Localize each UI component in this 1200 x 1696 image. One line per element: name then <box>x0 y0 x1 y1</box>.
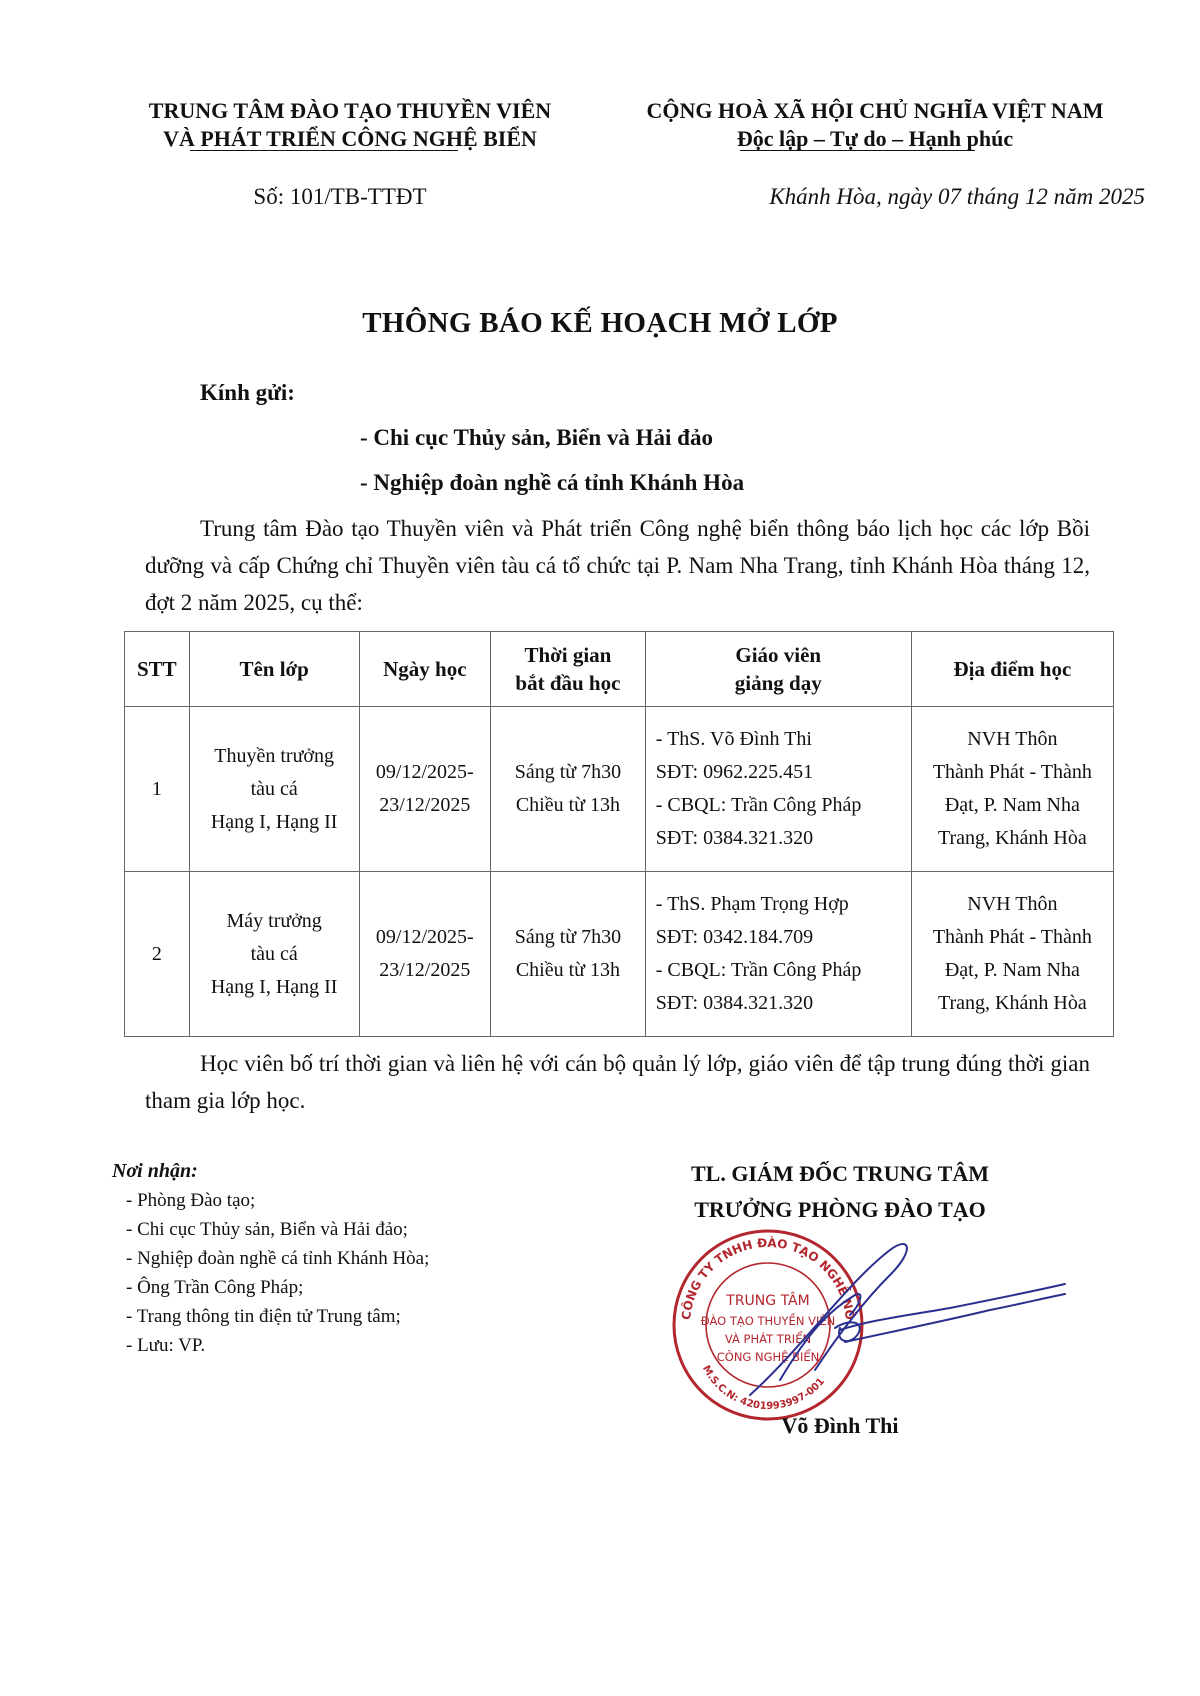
handwritten-signature-icon <box>740 1210 1070 1410</box>
header-start-time: Thời gian bắt đầu học <box>491 632 646 707</box>
teacher-line: SĐT: 0962.225.451 <box>656 756 905 789</box>
class-schedule-table: STT Tên lớp Ngày học Thời gian bắt đầu h… <box>124 631 1114 1037</box>
location-line: Đạt, P. Nam Nha <box>918 789 1107 822</box>
recipients-list: - Phòng Đào tạo; - Chi cục Thủy sản, Biể… <box>126 1186 429 1360</box>
cell-teacher: - ThS. Phạm Trọng Hợp SĐT: 0342.184.709 … <box>645 872 911 1037</box>
document-title: THÔNG BÁO KẾ HOẠCH MỞ LỚP <box>0 307 1200 340</box>
table-row: 2 Máy trưởng tàu cá Hạng I, Hạng II 09/1… <box>125 872 1114 1037</box>
cell-dates: 09/12/2025- 23/12/2025 <box>359 872 490 1037</box>
cell-stt: 1 <box>125 707 190 872</box>
header-start-time-line2: bắt đầu học <box>497 669 639 697</box>
recipient-item: - Chi cục Thủy sản, Biển và Hải đảo; <box>126 1215 429 1244</box>
recipient-item: - Nghiệp đoàn nghề cá tỉnh Khánh Hòa; <box>126 1244 429 1273</box>
org-underline <box>190 150 458 151</box>
motto-underline <box>740 150 975 151</box>
teacher-line: - ThS. Võ Đình Thi <box>656 723 905 756</box>
org-name-line2: VÀ PHÁT TRIỂN CÔNG NGHỆ BIỂN <box>110 125 590 153</box>
date-line: 09/12/2025- <box>366 921 484 954</box>
signature-title-line1: TL. GIÁM ĐỐC TRUNG TÂM <box>640 1156 1040 1192</box>
header-class-name: Tên lớp <box>189 632 359 707</box>
cell-teacher: - ThS. Võ Đình Thi SĐT: 0962.225.451 - C… <box>645 707 911 872</box>
date-line: 09/12/2025- <box>366 756 484 789</box>
motto: Độc lập – Tự do – Hạnh phúc <box>600 125 1150 153</box>
teacher-line: - ThS. Phạm Trọng Hợp <box>656 888 905 921</box>
class-line: Hạng I, Hạng II <box>196 971 353 1004</box>
class-line: tàu cá <box>196 938 353 971</box>
recipient-item: - Lưu: VP. <box>126 1331 429 1360</box>
time-line: Sáng từ 7h30 <box>497 756 639 789</box>
location-line: Thành Phát - Thành <box>918 921 1107 954</box>
national-motto: CỘNG HOÀ XÃ HỘI CHỦ NGHĨA VIỆT NAM Độc l… <box>600 97 1150 153</box>
teacher-line: SĐT: 0384.321.320 <box>656 987 905 1020</box>
location-line: NVH Thôn <box>918 888 1107 921</box>
header-dates: Ngày học <box>359 632 490 707</box>
table-header-row: STT Tên lớp Ngày học Thời gian bắt đầu h… <box>125 632 1114 707</box>
location-line: Trang, Khánh Hòa <box>918 987 1107 1020</box>
cell-class-name: Thuyền trưởng tàu cá Hạng I, Hạng II <box>189 707 359 872</box>
teacher-line: SĐT: 0384.321.320 <box>656 822 905 855</box>
cell-stt: 2 <box>125 872 190 1037</box>
class-line: Hạng I, Hạng II <box>196 806 353 839</box>
location-line: NVH Thôn <box>918 723 1107 756</box>
closing-paragraph: Học viên bố trí thời gian và liên hệ với… <box>145 1045 1090 1119</box>
location-line: Thành Phát - Thành <box>918 756 1107 789</box>
country-name: CỘNG HOÀ XÃ HỘI CHỦ NGHĨA VIỆT NAM <box>600 97 1150 125</box>
header-start-time-line1: Thời gian <box>497 641 639 669</box>
teacher-line: SĐT: 0342.184.709 <box>656 921 905 954</box>
time-line: Chiều từ 13h <box>497 954 639 987</box>
location-line: Trang, Khánh Hòa <box>918 822 1107 855</box>
cell-dates: 09/12/2025- 23/12/2025 <box>359 707 490 872</box>
cell-location: NVH Thôn Thành Phát - Thành Đạt, P. Nam … <box>911 707 1113 872</box>
recipient-item: - Ông Trần Công Pháp; <box>126 1273 429 1302</box>
cell-class-name: Máy trưởng tàu cá Hạng I, Hạng II <box>189 872 359 1037</box>
class-line: Máy trưởng <box>196 905 353 938</box>
teacher-line: - CBQL: Trần Công Pháp <box>656 954 905 987</box>
recipient-item: - Phòng Đào tạo; <box>126 1186 429 1215</box>
cell-location: NVH Thôn Thành Phát - Thành Đạt, P. Nam … <box>911 872 1113 1037</box>
header-teacher-line1: Giáo viên <box>652 641 905 669</box>
time-line: Sáng từ 7h30 <box>497 921 639 954</box>
intro-paragraph: Trung tâm Đào tạo Thuyền viên và Phát tr… <box>145 510 1090 621</box>
signer-name: Võ Đình Thi <box>640 1413 1040 1439</box>
time-line: Chiều từ 13h <box>497 789 639 822</box>
recipients-title: Nơi nhận: <box>112 1160 198 1183</box>
place-and-date: Khánh Hòa, ngày 07 tháng 12 năm 2025 <box>600 184 1145 210</box>
date-line: 23/12/2025 <box>366 954 484 987</box>
class-line: tàu cá <box>196 773 353 806</box>
location-line: Đạt, P. Nam Nha <box>918 954 1107 987</box>
date-line: 23/12/2025 <box>366 789 484 822</box>
cell-start-time: Sáng từ 7h30 Chiều từ 13h <box>491 707 646 872</box>
class-line: Thuyền trưởng <box>196 740 353 773</box>
cell-start-time: Sáng từ 7h30 Chiều từ 13h <box>491 872 646 1037</box>
document-number: Số: 101/TB-TTĐT <box>110 184 570 210</box>
recipient-1: - Chi cục Thủy sản, Biển và Hải đảo <box>360 425 713 451</box>
greeting-label: Kính gửi: <box>200 380 295 406</box>
table-row: 1 Thuyền trưởng tàu cá Hạng I, Hạng II 0… <box>125 707 1114 872</box>
header-location: Địa điểm học <box>911 632 1113 707</box>
header-stt: STT <box>125 632 190 707</box>
recipient-item: - Trang thông tin điện tử Trung tâm; <box>126 1302 429 1331</box>
issuing-organization: TRUNG TÂM ĐÀO TẠO THUYỀN VIÊN VÀ PHÁT TR… <box>110 97 590 153</box>
header-teacher-line2: giảng dạy <box>652 669 905 697</box>
recipient-2: - Nghiệp đoàn nghề cá tỉnh Khánh Hòa <box>360 470 744 496</box>
header-teacher: Giáo viên giảng dạy <box>645 632 911 707</box>
teacher-line: - CBQL: Trần Công Pháp <box>656 789 905 822</box>
org-name-line1: TRUNG TÂM ĐÀO TẠO THUYỀN VIÊN <box>110 97 590 125</box>
